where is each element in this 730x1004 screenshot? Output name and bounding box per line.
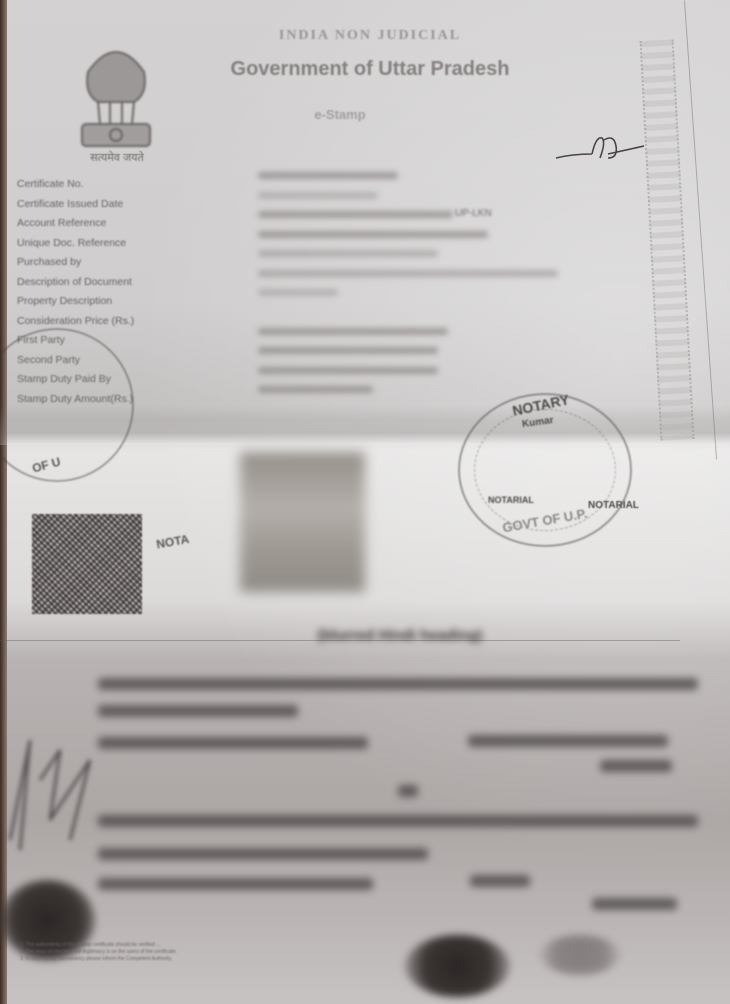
header-e-stamp: e-Stamp [150, 107, 530, 122]
emblem-motto: सत्यमेव जयते [72, 150, 162, 165]
small-notary-stamp: NOTA [148, 525, 208, 580]
affidavit-line [468, 735, 668, 747]
label-property-description: Property Description [17, 295, 197, 315]
affidavit-line [98, 878, 373, 890]
affidavit-line [98, 815, 698, 827]
affidavit-line [98, 848, 428, 860]
value-description [258, 270, 558, 277]
notary-seal: NOTARY Kumar NOTARIAL GOVT OF U.P. [458, 393, 632, 547]
label-purchased-by: Purchased by [17, 256, 197, 276]
value-stamp-duty-amount [258, 386, 373, 393]
blurred-passport-photo [240, 452, 365, 592]
affidavit-line [600, 760, 672, 772]
qr-code-icon [32, 514, 142, 614]
notary-seal-band: NOTARIAL [488, 495, 534, 505]
value-purchased-by [258, 250, 438, 257]
label-issued-date: Certificate Issued Date [17, 198, 197, 218]
label-account-reference: Account Reference [17, 217, 197, 237]
affidavit-line [470, 875, 530, 887]
header-india-non-judicial: INDIA NON JUDICIAL [180, 28, 560, 44]
signature-icon [552, 128, 647, 173]
label-certificate-no: Certificate No. [17, 178, 197, 198]
national-emblem-icon [68, 32, 164, 157]
handwritten-signature-icon [0, 720, 140, 860]
value-property-description [258, 289, 338, 296]
field-values-blurred [258, 172, 598, 406]
value-certificate-no [258, 172, 398, 179]
value-second-party [258, 347, 438, 354]
value-stamp-duty-paid-by [258, 367, 438, 374]
affidavit-line [398, 785, 418, 797]
value-issued-date [258, 192, 378, 199]
account-reference-tail: UP-LKN [455, 208, 492, 219]
blurred-mark [540, 935, 620, 975]
value-unique-doc-reference [258, 231, 488, 238]
affidavit-line [98, 678, 698, 690]
value-first-party [258, 328, 448, 335]
affidavit-line [98, 705, 298, 717]
label-unique-doc-reference: Unique Doc. Reference [17, 237, 197, 257]
footnotes: 1. The authenticity of this Stamp certif… [20, 942, 440, 963]
affidavit-line [592, 898, 677, 910]
value-account-reference [258, 211, 453, 218]
label-description: Description of Document [17, 276, 197, 296]
header-government: Government of Uttar Pradesh [180, 58, 560, 81]
notarial-side-text: NOTARIAL [588, 500, 639, 511]
affidavit-title: (blurred Hindi heading) [250, 627, 550, 644]
